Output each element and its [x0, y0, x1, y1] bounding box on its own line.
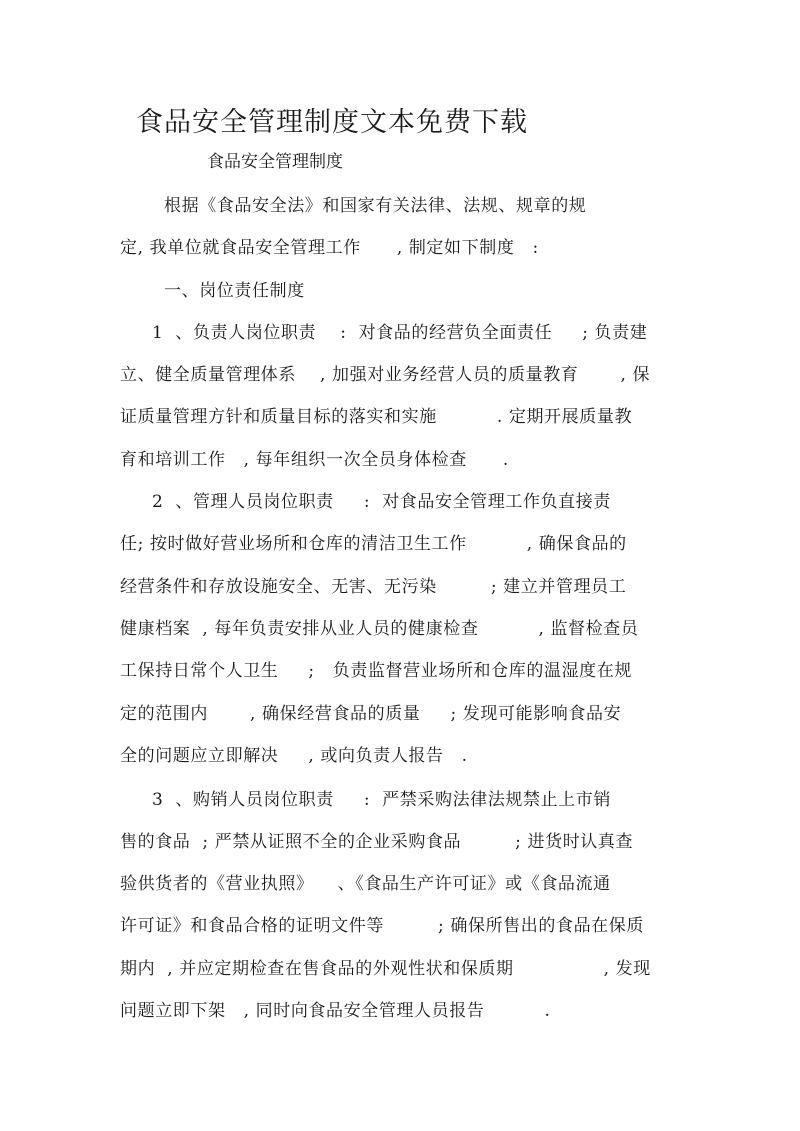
text-line: 立、健全质量管理体系 , 加强对业务经营人员的质量教育 , 保 — [120, 363, 650, 387]
text-line: 任; 按时做好营业场所和仓库的清洁卫生工作 , 确保食品的 — [120, 532, 627, 556]
text-line: 1 、负责人岗位职责 : 对食品的经营负全面责任 ; 负责建 — [152, 321, 647, 345]
text-line: 3 、购销人员岗位职责 : 严禁采购法律法规禁止上市销 — [152, 788, 611, 812]
text-line: 定的范围内 , 确保经营食品的质量 ; 发现可能影响食品安 — [120, 702, 621, 726]
document-subtitle: 食品安全管理制度 — [207, 150, 343, 174]
text-line: 期内 , 并应定期检查在售食品的外观性状和保质期 , 发现 — [120, 957, 651, 981]
text-line: 一、岗位责任制度 — [164, 279, 305, 303]
text-line: 经营条件和存放设施安全、无害、无污染 ; 建立并管理员工 — [120, 575, 626, 599]
text-line: 2 、管理人员岗位职责 : 对食品安全管理工作负直接责 — [152, 490, 611, 514]
text-line: 全的问题应立即解决 , 或向负责人报告 . — [120, 744, 468, 768]
text-line: 根据《食品安全法》和国家有关法律、法规、规章的规 — [164, 194, 586, 218]
text-line: 验供货者的《营业执照》 、《食品生产许可证》或《食品流通 — [120, 872, 611, 896]
text-line: 证质量管理方针和质量目标的落实和实施 . 定期开展质量教 — [120, 405, 632, 429]
document-page: 食品安全管理制度文本免费下载 食品安全管理制度 根据《食品安全法》和国家有关法律… — [0, 0, 800, 1131]
text-line: 健康档案 , 每年负责安排从业人员的健康检查 , 监督检查员 — [120, 617, 638, 641]
text-line: 问题立即下架 , 同时向食品安全管理人员报告 . — [120, 999, 550, 1023]
text-line: 定, 我单位就食品安全管理工作 , 制定如下制度 : — [120, 236, 539, 260]
text-line: 许可证》和食品合格的证明文件等 ; 确保所售出的食品在保质 — [120, 914, 644, 938]
text-line: 工保持日常个人卫生 ; 负责监督营业场所和仓库的温湿度在规 — [120, 659, 632, 683]
document-title: 食品安全管理制度文本免费下载 — [136, 106, 528, 140]
text-line: 育和培训工作 , 每年组织一次全员身体检查 . — [120, 448, 509, 472]
text-line: 售的食品 ; 严禁从证照不全的企业采购食品 ; 进货时认真查 — [120, 830, 633, 854]
